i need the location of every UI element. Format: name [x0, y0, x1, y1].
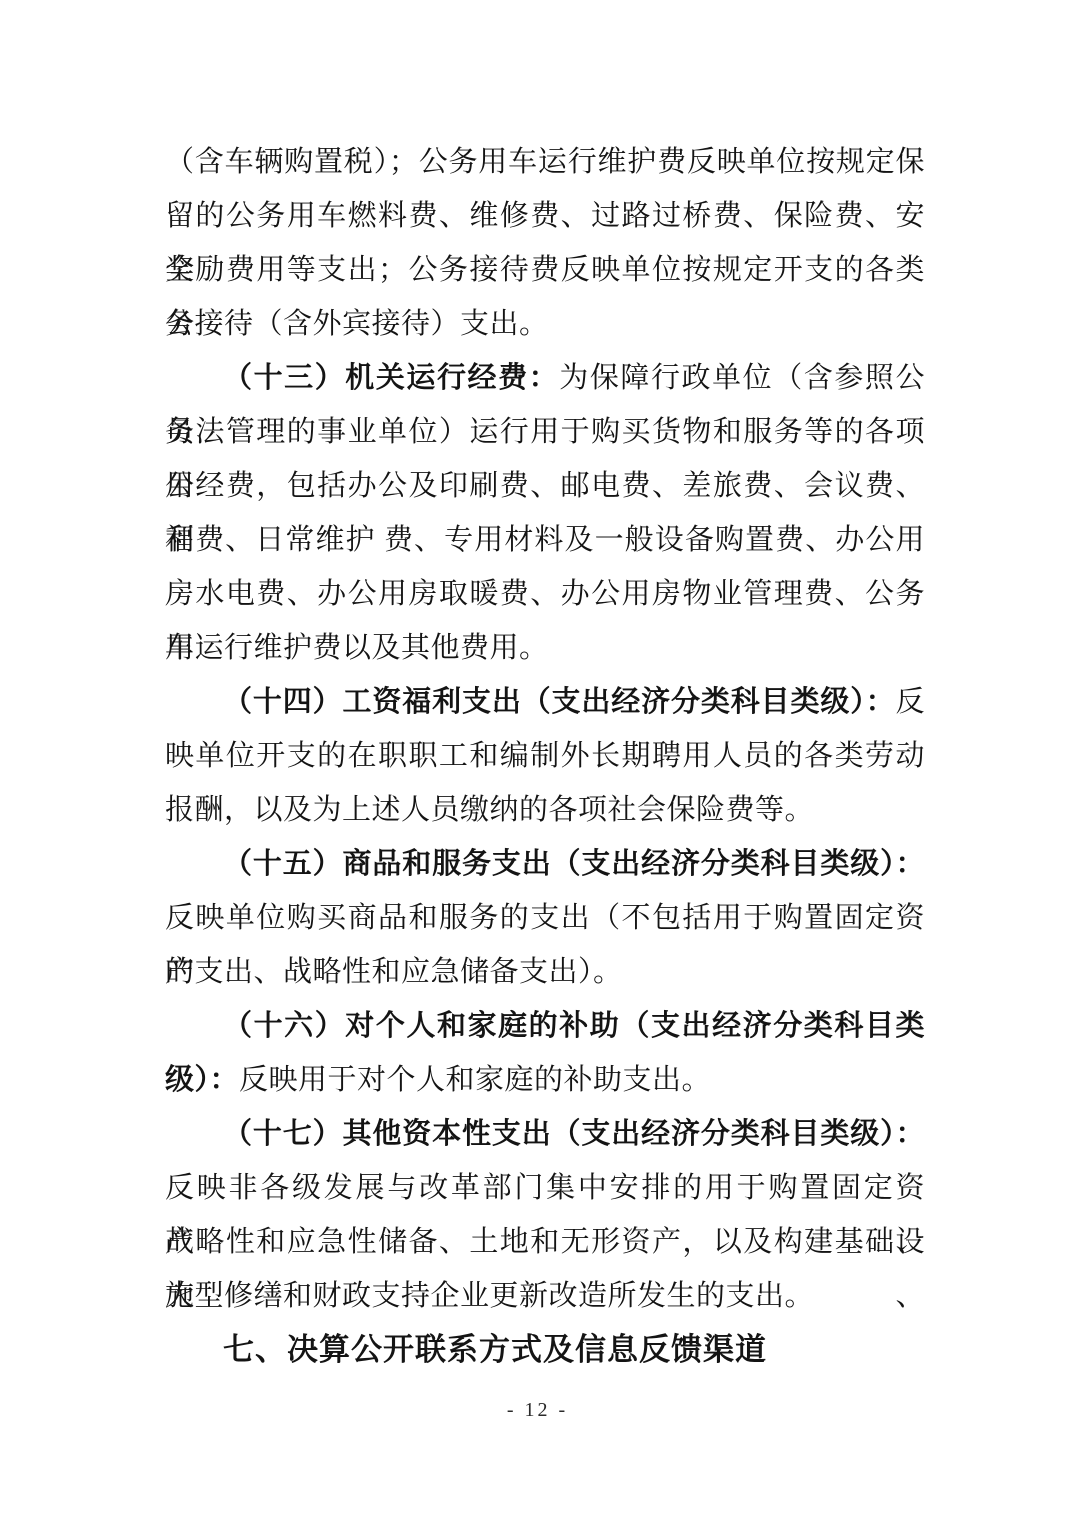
bold-run: （十六）对个人和家庭的补助（支出经济分类科目类	[223, 1010, 925, 1042]
body-line: 房水电费、办公用房取暖费、办公用房物业管理费、公务用	[165, 567, 925, 621]
text-run: 映单位开支的在职职工和编制外长期聘用人员的各类劳动	[165, 740, 925, 772]
body-line-section-14: （十四）工资福利支出（支出经济分类科目类级）：反	[165, 675, 925, 729]
bold-run: （十五）商品和服务支出（支出经济分类科目类级）：	[223, 848, 925, 880]
bold-run: （十三）机关运行经费：	[223, 362, 559, 394]
body-line: 报酬，以及为上述人员缴纳的各项社会保险费等。	[165, 783, 925, 837]
bold-run: 级）：	[165, 1064, 239, 1096]
text-run: 反	[895, 686, 925, 718]
body-line: 大型修缮和财政支持企业更新改造所发生的支出。	[165, 1269, 925, 1323]
body-line: 的支出、战略性和应急储备支出）。	[165, 945, 925, 999]
text-run: 大型修缮和财政支持企业更新改造所发生的支出。	[165, 1280, 814, 1312]
document-page: （含车辆购置税）；公务用车运行维护费反映单位按规定保 留的公务用车燃料费、维修费…	[0, 0, 1075, 1520]
body-line: 员法管理的事业单位）运行用于购买货物和服务等的各项公	[165, 405, 925, 459]
body-line-section-15: （十五）商品和服务支出（支出经济分类科目类级）：	[165, 837, 925, 891]
bold-run: （十四）工资福利支出（支出经济分类科目类级）：	[223, 686, 895, 718]
section-heading: 七、决算公开联系方式及信息反馈渠道	[165, 1323, 925, 1377]
body-line: 务接待（含外宾接待）支出。	[165, 297, 925, 351]
body-line: （含车辆购置税）；公务用车运行维护费反映单位按规定保	[165, 135, 925, 189]
text-run: 务接待（含外宾接待）支出。	[165, 308, 549, 340]
body-line-section-16: （十六）对个人和家庭的补助（支出经济分类科目类	[165, 999, 925, 1053]
body-line-section-17: （十七）其他资本性支出（支出经济分类科目类级）：	[165, 1107, 925, 1161]
text-run: （含车辆购置税）；公务用车运行维护费反映单位按规定保	[165, 146, 925, 178]
body-line: 级）：反映用于对个人和家庭的补助支出。	[165, 1053, 925, 1107]
body-line: 留的公务用车燃料费、维修费、过路过桥费、保险费、安全	[165, 189, 925, 243]
body-line: 奖励费用等支出；公务接待费反映单位按规定开支的各类公	[165, 243, 925, 297]
body-line: 车运行维护费以及其他费用。	[165, 621, 925, 675]
body-line: 反映单位购买商品和服务的支出（不包括用于购置固定资产	[165, 891, 925, 945]
text-run: 的支出、战略性和应急储备支出）。	[165, 956, 623, 988]
body-line: 反映非各级发展与改革部门集中安排的用于购置固定资产、	[165, 1161, 925, 1215]
page-number: - 12 -	[0, 1399, 1075, 1422]
body-line-section-13: （十三）机关运行经费：为保障行政单位（含参照公务	[165, 351, 925, 405]
text-run: 反映用于对个人和家庭的补助支出。	[239, 1064, 711, 1096]
body-line: 用经费，包括办公及印刷费、邮电费、差旅费、会议费、福	[165, 459, 925, 513]
text-run: 报酬，以及为上述人员缴纳的各项社会保险费等。	[165, 794, 814, 826]
body-line: 利费、日常维护 费、专用材料及一般设备购置费、办公用	[165, 513, 925, 567]
bold-run: （十七）其他资本性支出（支出经济分类科目类级）：	[223, 1118, 925, 1150]
text-run: 利费、日常维护 费、专用材料及一般设备购置费、办公用	[165, 524, 925, 556]
document-body: （含车辆购置税）；公务用车运行维护费反映单位按规定保 留的公务用车燃料费、维修费…	[165, 135, 925, 1377]
text-run: 车运行维护费以及其他费用。	[165, 632, 549, 664]
body-line: 战略性和应急性储备、土地和无形资产，以及构建基础设施、	[165, 1215, 925, 1269]
body-line: 映单位开支的在职职工和编制外长期聘用人员的各类劳动	[165, 729, 925, 783]
